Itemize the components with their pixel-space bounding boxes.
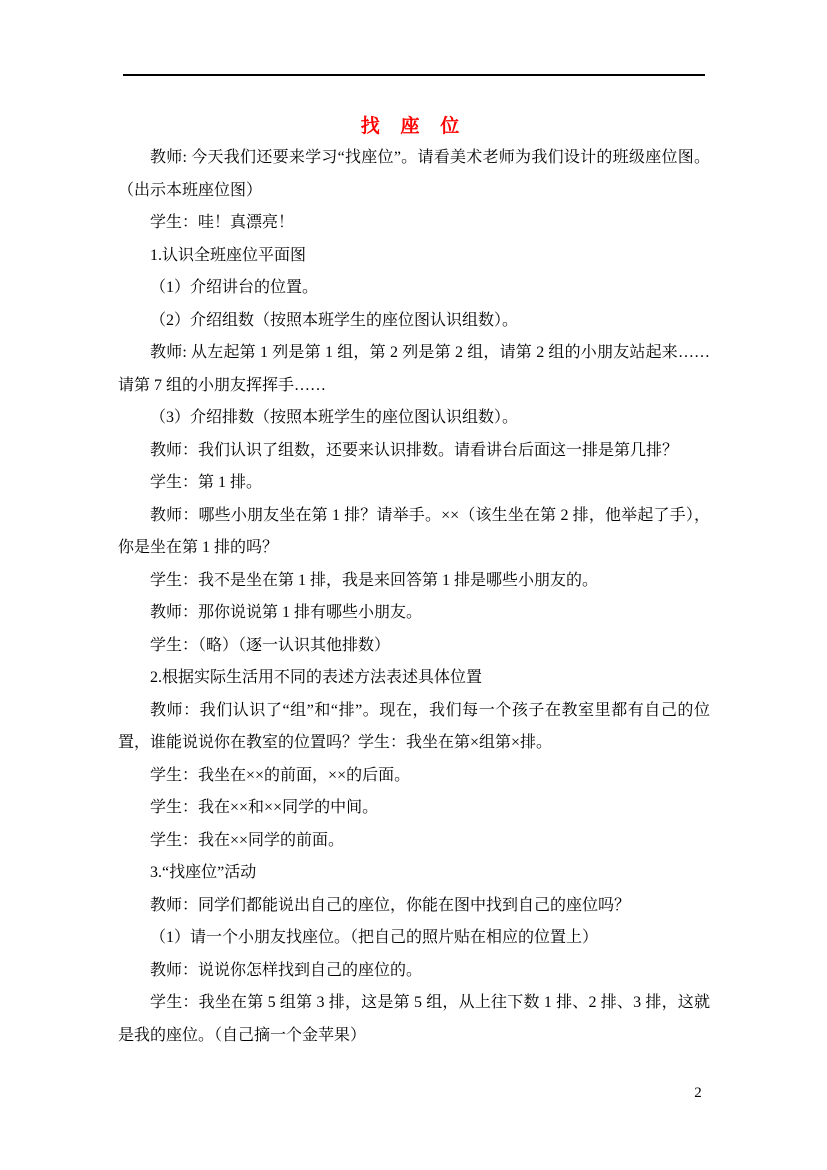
header-rule <box>123 74 705 76</box>
document-body: 教师: 今天我们还要来学习“找座位”。请看美术老师为我们设计的班级座位图。（出示… <box>118 142 710 1052</box>
paragraph: 2.根据实际生活用不同的表述方法表述具体位置 <box>118 662 710 695</box>
paragraph: （1）介绍讲台的位置。 <box>118 272 710 305</box>
paragraph: 教师：我们认识了组数，还要来认识排数。请看讲台后面这一排是第几排？ <box>118 435 710 468</box>
paragraph: （2）介绍组数（按照本班学生的座位图认识组数）。 <box>118 305 710 338</box>
paragraph: 教师：我们认识了“组”和“排”。现在，我们每一个孩子在教室里都有自己的位置，谁能… <box>118 695 710 760</box>
paragraph: 学生：第 1 排。 <box>118 467 710 500</box>
paragraph: 教师：哪些小朋友坐在第 1 排？请举手。××（该生坐在第 2 排，他举起了手），… <box>118 500 710 565</box>
paragraph: 学生：我坐在第 5 组第 3 排，这是第 5 组，从上往下数 1 排、2 排、3… <box>118 987 710 1052</box>
paragraph: 学生：我不是坐在第 1 排，我是来回答第 1 排是哪些小朋友的。 <box>118 565 710 598</box>
paragraph: 学生：哇！真漂亮！ <box>118 207 710 240</box>
paragraph: 3.“找座位”活动 <box>118 857 710 890</box>
page-title: 找 座 位 <box>118 114 710 140</box>
page-number: 2 <box>678 1082 718 1104</box>
paragraph: （3）介绍排数（按照本班学生的座位图认识组数）。 <box>118 402 710 435</box>
paragraph: 教师: 从左起第 1 列是第 1 组，第 2 列是第 2 组，请第 2 组的小朋… <box>118 337 710 402</box>
paragraph: 教师：那你说说第 1 排有哪些小朋友。 <box>118 597 710 630</box>
paragraph: 学生：我坐在××的前面，××的后面。 <box>118 760 710 793</box>
paragraph: 教师：说说你怎样找到自己的座位的。 <box>118 955 710 988</box>
paragraph: 学生：（略）（逐一认识其他排数） <box>118 630 710 663</box>
paragraph: 教师：同学们都能说出自己的座位，你能在图中找到自己的座位吗？ <box>118 890 710 923</box>
paragraph: 1.认识全班座位平面图 <box>118 240 710 273</box>
paragraph: 学生：我在××和××同学的中间。 <box>118 792 710 825</box>
paragraph: 教师: 今天我们还要来学习“找座位”。请看美术老师为我们设计的班级座位图。（出示… <box>118 142 710 207</box>
paragraph: （1）请一个小朋友找座位。（把自己的照片贴在相应的位置上） <box>118 922 710 955</box>
paragraph: 学生：我在××同学的前面。 <box>118 825 710 858</box>
document-page: 找 座 位 教师: 今天我们还要来学习“找座位”。请看美术老师为我们设计的班级座… <box>0 0 827 1170</box>
